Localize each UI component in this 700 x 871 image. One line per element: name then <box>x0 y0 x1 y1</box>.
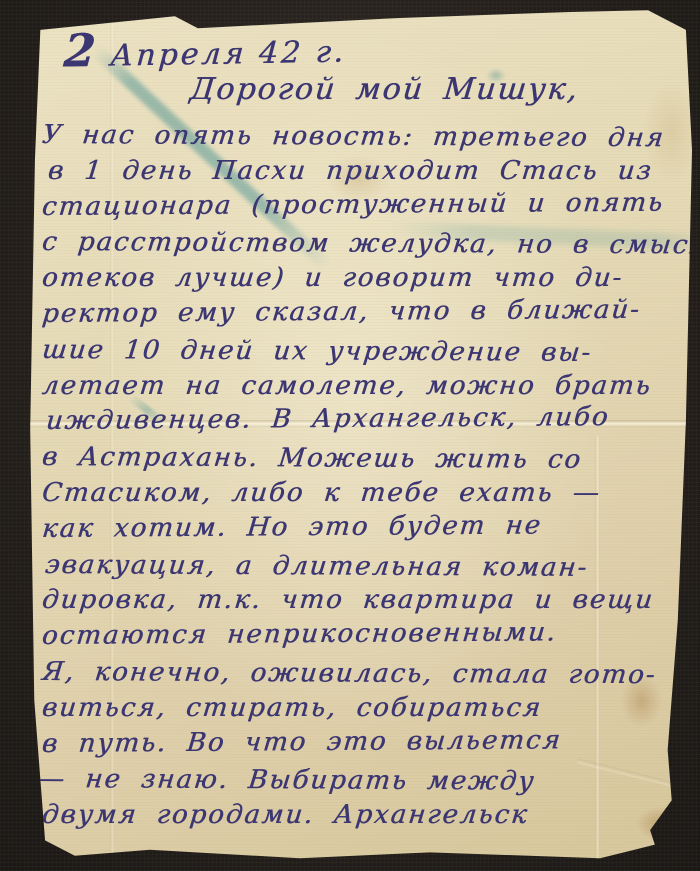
letter-line: двумя городами. Архангельск <box>40 798 684 834</box>
letter-line: с расстройством желудка, но в смысле <box>40 225 684 264</box>
letter-line: дировка, т.к. что квартира и вещи <box>40 583 684 619</box>
letter-line: как хотим. Но это будет не <box>40 507 684 547</box>
letter-line: иждивенцев. В Архангельск, либо <box>44 400 684 440</box>
letter-line: в Астрахань. Можешь жить со <box>40 440 684 479</box>
letter-line: отеков лучше) и говорит что ди- <box>40 261 684 297</box>
letter-line: Я, конечно, оживилась, стала гото- <box>40 655 684 694</box>
letter-line: Стасиком, либо к тебе ехать — <box>40 476 684 512</box>
letter-line: эвакуация, а длительная коман- <box>43 548 684 587</box>
letter-line: стационара (простуженный и опять <box>40 185 684 225</box>
letter-line: остаются неприкосновенными. <box>40 615 684 655</box>
letter-line: У нас опять новость: третьего дня <box>40 118 684 157</box>
letter-salutation: Дорогой мой Мишук, <box>188 72 581 107</box>
letter-date: 2 Апреля 42 г. <box>62 19 348 77</box>
letter-line: летает на самолете, можно брать <box>40 369 684 405</box>
letter-line: шие 10 дней их учреждение вы- <box>40 333 684 372</box>
letter-line: ректор ему сказал, что в ближай- <box>40 293 684 333</box>
photo-of-letter: { "photo": { "description": "Scan of a h… <box>0 0 700 871</box>
letter-line: в путь. Во что это выльется <box>40 722 684 762</box>
letter-body: У нас опять новость: третьего дня в 1 де… <box>42 118 682 834</box>
letter-line: — не знаю. Выбирать между <box>36 762 684 801</box>
letter-line: в 1 день Пасхи приходит Стась из <box>46 154 684 190</box>
letter-line: виться, стирать, собираться <box>40 691 684 727</box>
letter-paper: 2 Апреля 42 г. Дорогой мой Мишук, У нас … <box>16 6 692 860</box>
